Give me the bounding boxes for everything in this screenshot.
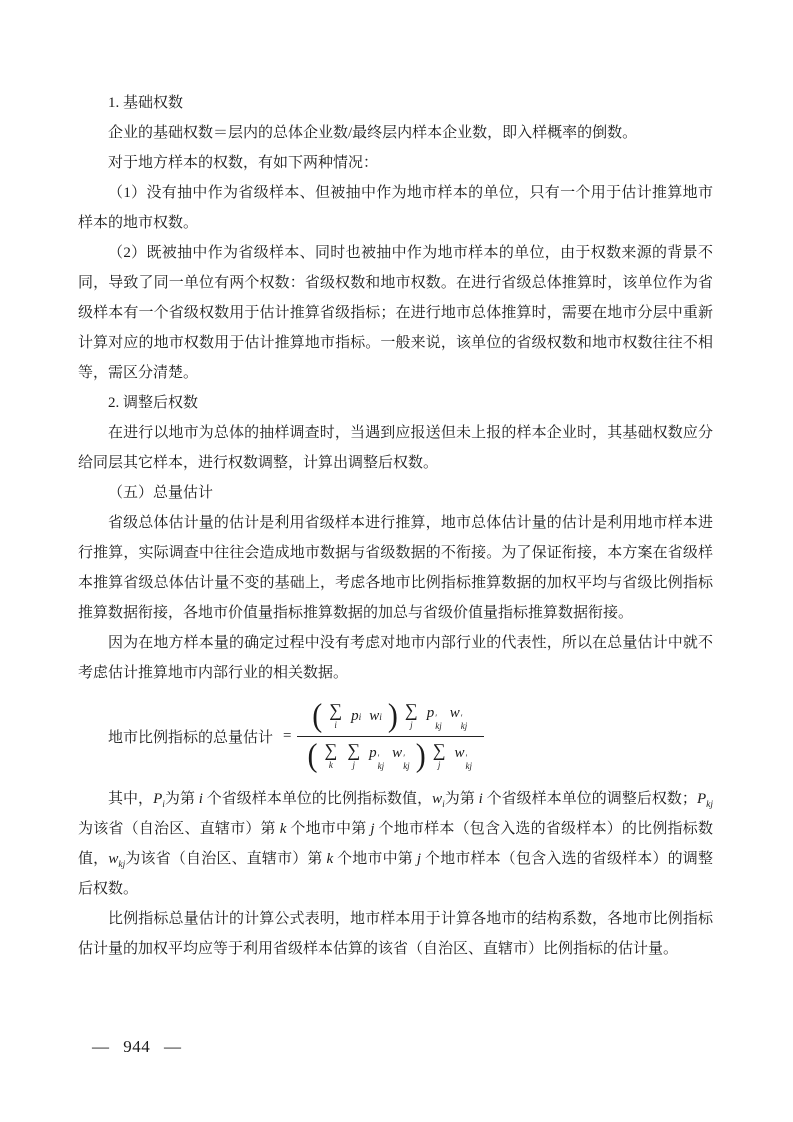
text-run: 个省级样本单位的调整后权数； (483, 791, 697, 807)
math-var-P-i: Pi (153, 791, 165, 807)
text-run: 为该省（自治区、直辖市）第 (125, 851, 326, 867)
term-w-prime-kj: w′kj (450, 705, 468, 727)
heading-basic-weights: 1. 基础权数 (78, 88, 713, 118)
text-run: 为第 (445, 791, 479, 807)
para-two-cases-intro: 对于地方样本的权数，有如下两种情况： (78, 148, 713, 178)
page-body-text: 1. 基础权数 企业的基础权数＝层内的总体企业数/最终层内样本企业数，即入样概率… (78, 88, 713, 964)
sum-over-j: ∑j (347, 742, 360, 770)
page-number: — 944 — (92, 1035, 182, 1059)
math-var-w-kj: wkj (108, 851, 125, 867)
math-var-P-kj: Pkj (697, 791, 713, 807)
para-case-1: （1）没有抽中作为省级样本、但被抽中作为地市样本的单位，只有一个用于估计推算地市… (78, 178, 713, 238)
document-page: 1. 基础权数 企业的基础权数＝层内的总体企业数/最终层内样本企业数，即入样概率… (0, 0, 793, 1122)
heading-adjusted-weights: 2. 调整后权数 (78, 388, 713, 418)
open-paren: ( (312, 701, 322, 732)
para-case-2: （2）既被抽中作为省级样本、同时也被抽中作为地市样本的单位，由于权数来源的背景不… (78, 238, 713, 388)
term-p-i: pi (351, 708, 361, 725)
para-symbol-definitions: 其中，Pi为第 i 个省级样本单位的比例指标数值，wi为第 i 个省级样本单位的… (78, 784, 713, 904)
text-run: 个地市中第 (286, 821, 370, 837)
fraction-numerator: (∑ipiwi)∑jp′kjw′kj (297, 698, 484, 737)
fraction: (∑ipiwi)∑jp′kjw′kj (∑k∑jp′kjw′kj)∑jw′kj (297, 698, 484, 774)
equals-sign: = (283, 728, 291, 745)
formula-city-proportional-total-estimate: 地市比例指标的总量估计 = (∑ipiwi)∑jp′kjw′kj (∑k∑jp′… (78, 693, 713, 779)
open-paren: ( (307, 741, 317, 772)
term-w-prime-kj: w′kj (392, 745, 410, 767)
close-paren: ) (388, 701, 398, 732)
formula-label: 地市比例指标的总量估计 (108, 726, 273, 747)
para-total-estimation-2: 因为在地方样本量的确定过程中没有考虑对地市内部行业的代表性，所以在总量估计中就不… (78, 628, 713, 688)
para-total-estimation-1: 省级总体估计量的估计是利用省级样本进行推算，地市总体估计量的估计是利用地市样本进… (78, 508, 713, 628)
term-p-prime-kj: p′kj (369, 745, 384, 767)
close-paren: ) (416, 741, 426, 772)
sum-over-i: ∑i (329, 702, 342, 730)
text-run: 其中， (108, 791, 153, 807)
sum-over-j: ∑j (433, 742, 446, 770)
text-run: 为第 (165, 791, 199, 807)
para-conclusion: 比例指标总量估计的计算公式表明，地市样本用于计算各地市的结构系数，各地市比例指标… (78, 904, 713, 964)
text-run: 为该省（自治区、直辖市）第 (78, 821, 280, 837)
text-run: 个地市中第 (333, 851, 417, 867)
math-var-w-i: wi (432, 791, 445, 807)
fraction-denominator: (∑k∑jp′kjw′kj)∑jw′kj (297, 737, 484, 774)
sum-over-j: ∑j (405, 702, 418, 730)
heading-total-estimation: （五）总量估计 (78, 478, 713, 508)
term-w-prime-kj: w′kj (455, 745, 473, 767)
para-adjusted-weights: 在进行以地市为总体的抽样调查时，当遇到应报送但未上报的样本企业时，其基础权数应分… (78, 418, 713, 478)
sum-over-k: ∑k (324, 742, 337, 770)
term-w-i: wi (369, 708, 382, 725)
term-p-prime-kj: p′kj (427, 705, 442, 727)
text-run: 个省级样本单位的比例指标数值， (203, 791, 432, 807)
para-basic-weight-definition: 企业的基础权数＝层内的总体企业数/最终层内样本企业数，即入样概率的倒数。 (78, 118, 713, 148)
